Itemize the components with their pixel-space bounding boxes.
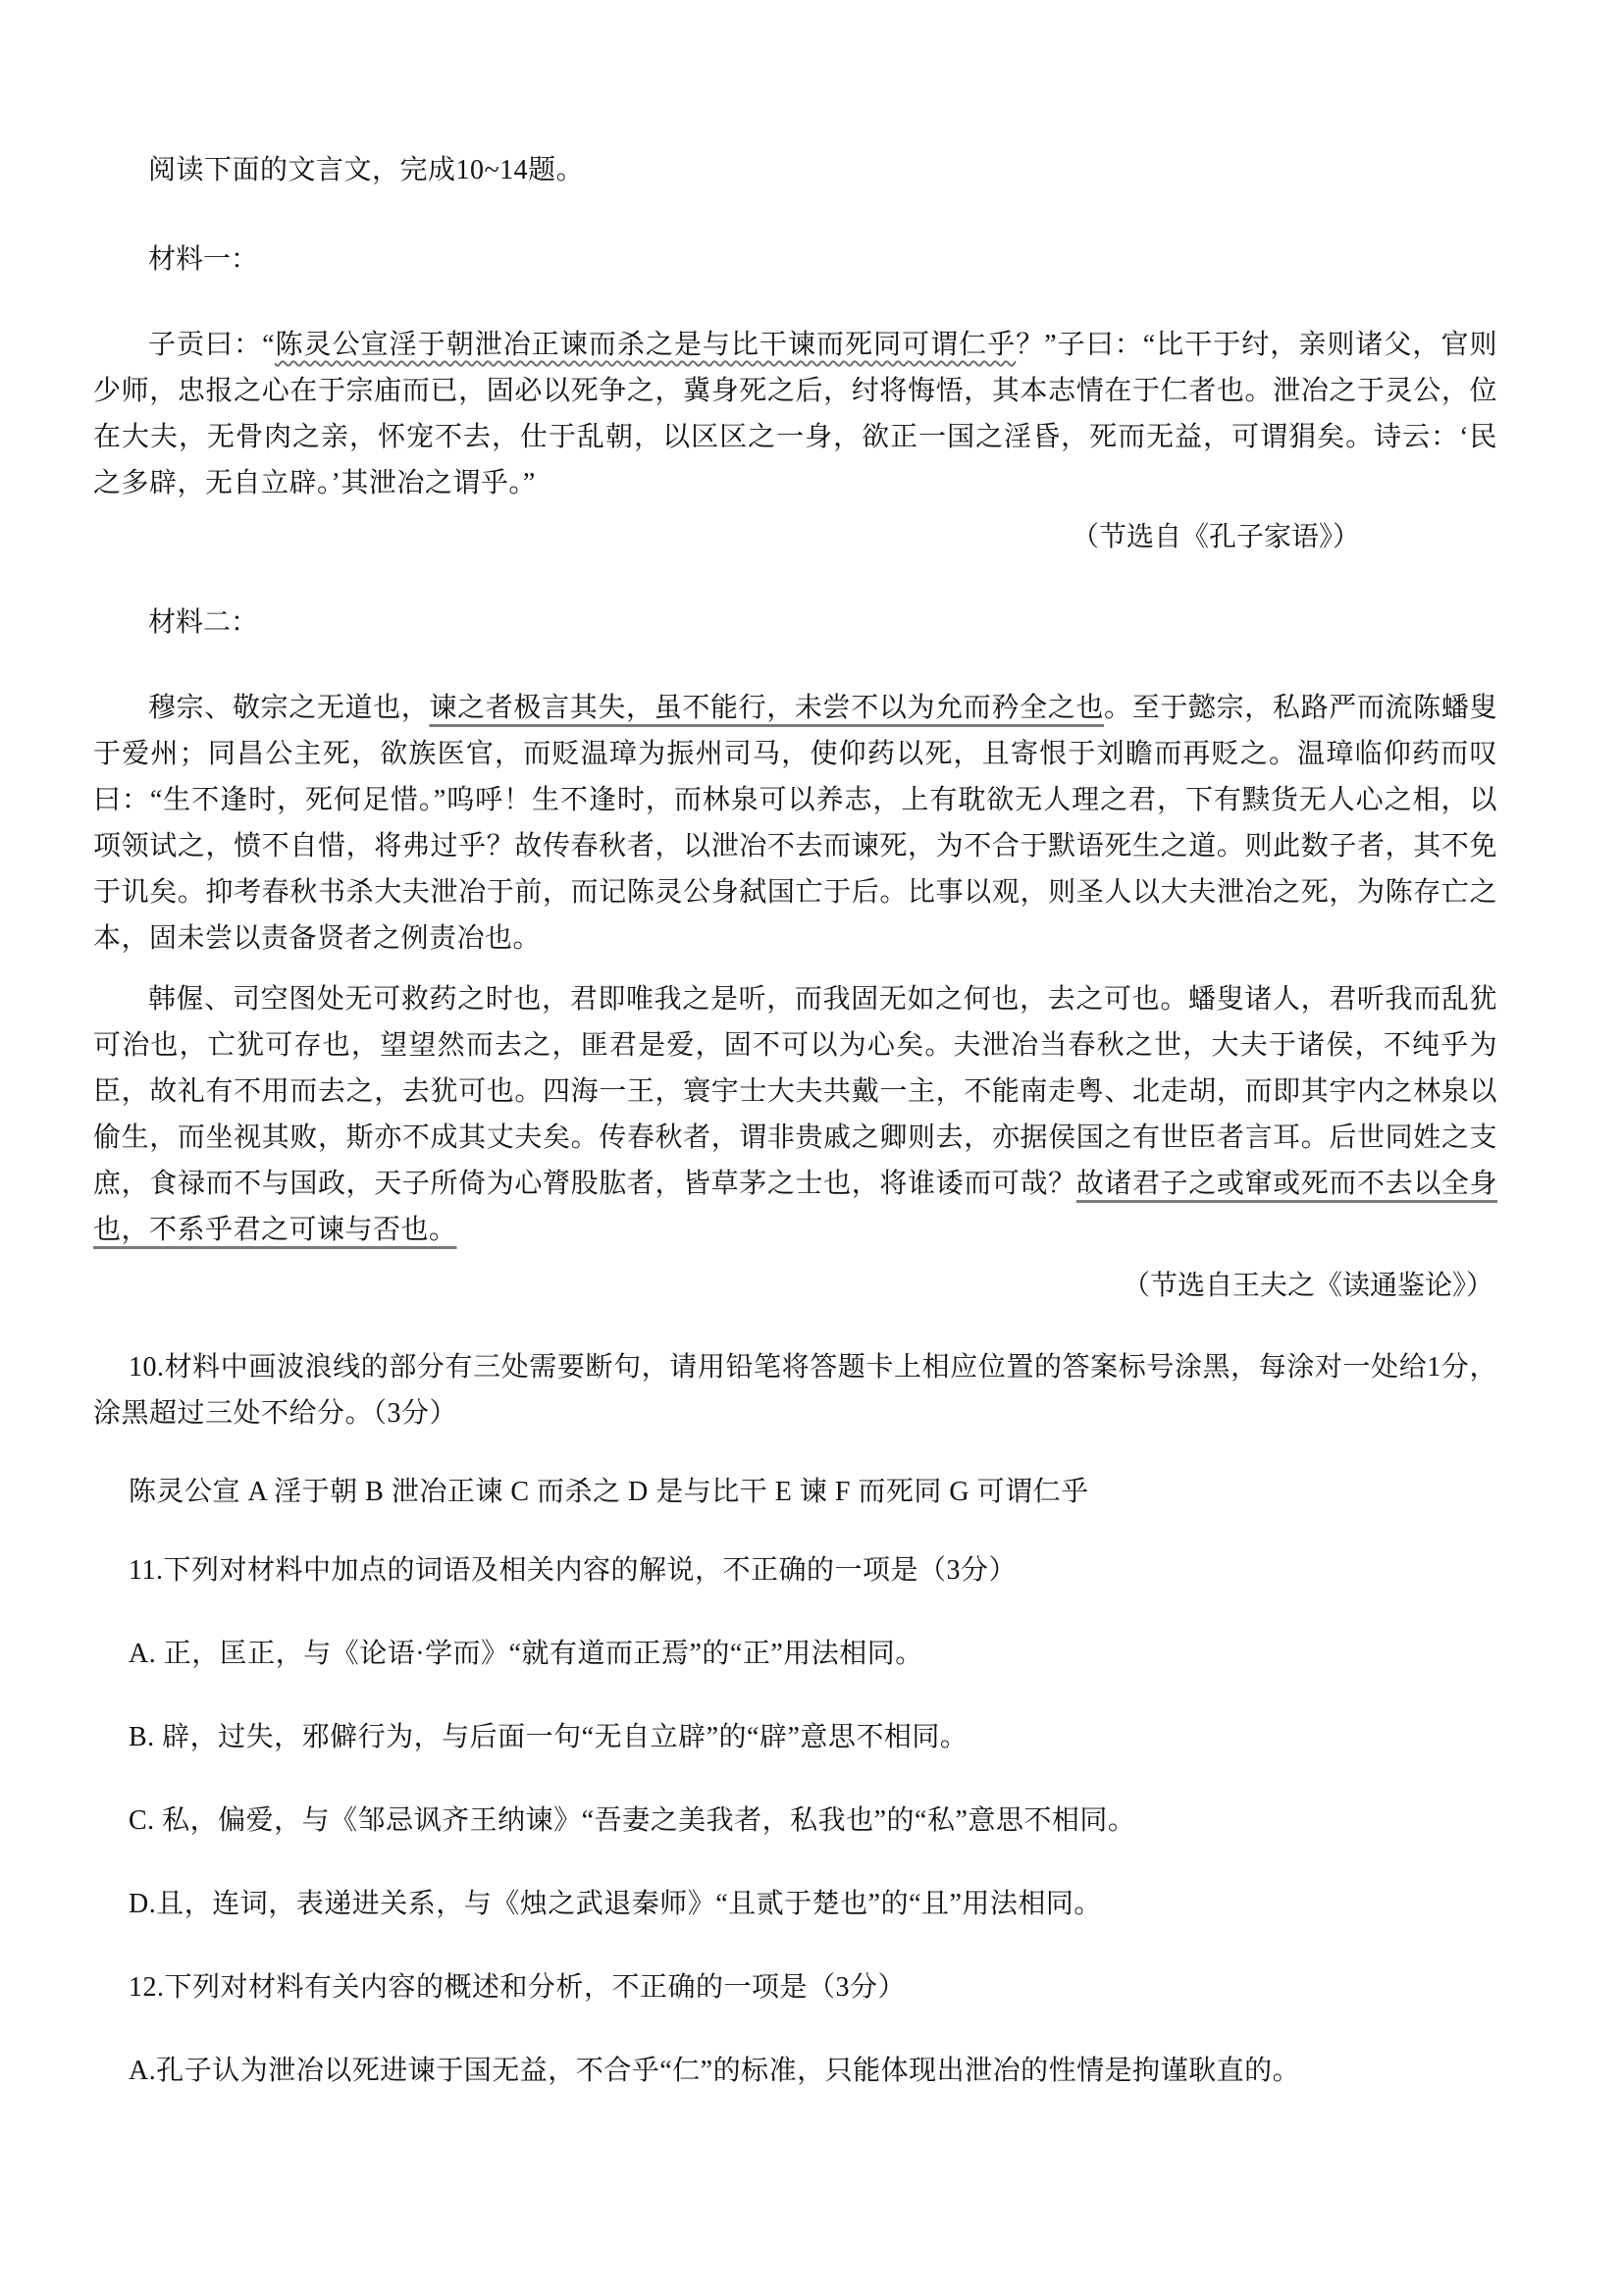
- material1-source-citation: （节选自《孔子家语》）: [93, 514, 1497, 560]
- wavy-underlined-sentence: 陈灵公宣淫于朝泄冶正谏而杀之是与比干谏而死同可谓仁乎: [275, 330, 1016, 360]
- intro-line: 阅读下面的文言文，完成10~14题。: [93, 147, 1497, 193]
- question-10-stem: 10.材料中画波浪线的部分有三处需要断句，请用铅笔将答题卡上相应位置的答案标号涂…: [93, 1344, 1497, 1436]
- material2-paragraph-1: 穆宗、敬宗之无道也，谏之者极言其失，虽不能行，未尝不以为允而矜全之也。至于懿宗，…: [93, 685, 1497, 962]
- material2-heading: 材料二：: [93, 600, 1497, 646]
- question-12-option-a: A.孔子认为泄冶以死进谏于国无益，不合乎“仁”的标准，只能体现出泄冶的性情是拘谨…: [93, 2048, 1497, 2094]
- question-11-stem: 11.下列对材料中加点的词语及相关内容的解说，不正确的一项是（3分）: [93, 1547, 1497, 1593]
- material1-text-lead: 子贡曰：“: [148, 330, 275, 360]
- material2-para1-rest: 。至于懿宗，私路严而流陈蟠叟于爱州；同昌公主死，欲族医官，而贬温璋为振州司马，使…: [93, 693, 1497, 954]
- exam-page: 阅读下面的文言文，完成10~14题。 材料一： 子贡曰：“陈灵公宣淫于朝泄冶正谏…: [0, 0, 1623, 2094]
- question-11-option-b: B. 辟，过失，邪僻行为，与后面一句“无自立辟”的“辟”意思不相同。: [93, 1714, 1497, 1760]
- material2-para1-lead: 穆宗、敬宗之无道也，: [148, 693, 429, 723]
- material1-paragraph: 子贡曰：“陈灵公宣淫于朝泄冶正谏而杀之是与比干谏而死同可谓仁乎？”子曰：“比干于…: [93, 322, 1497, 506]
- material1-heading: 材料一：: [93, 236, 1497, 283]
- question-10-segmentation-sentence: 陈灵公宣 A 淫于朝 B 泄冶正谏 C 而杀之 D 是与比干 E 谏 F 而死同…: [93, 1469, 1497, 1515]
- question-11-option-a: A. 正，匡正，与《论语·学而》“就有道而正焉”的“正”用法相同。: [93, 1631, 1497, 1677]
- material2-paragraph-2: 韩偓、司空图处无可救药之时也，君即唯我之是听，而我固无如之何也，去之可也。蟠叟诸…: [93, 976, 1497, 1253]
- question-11-option-c: C. 私，偏爱，与《邹忌讽齐王纳谏》“吾妻之美我者，私我也”的“私”意思不相同。: [93, 1798, 1497, 1844]
- material2-source-citation: （节选自王夫之《读通鉴论》）: [93, 1263, 1497, 1309]
- underlined-translation-sentence-1: 谏之者极言其失，虽不能行，未尝不以为允而矜全之也: [429, 693, 1104, 723]
- question-11-option-d: D.且，连词，表递进关系，与《烛之武退秦师》“且贰于楚也”的“且”用法相同。: [93, 1881, 1497, 1927]
- question-12-stem: 12.下列对材料有关内容的概述和分析，不正确的一项是（3分）: [93, 1964, 1497, 2010]
- material2-para2-lead: 韩偓、司空图处无可救药之时也，君即唯我之是听，而我固无如之何也，去之可也。蟠叟诸…: [93, 984, 1497, 1199]
